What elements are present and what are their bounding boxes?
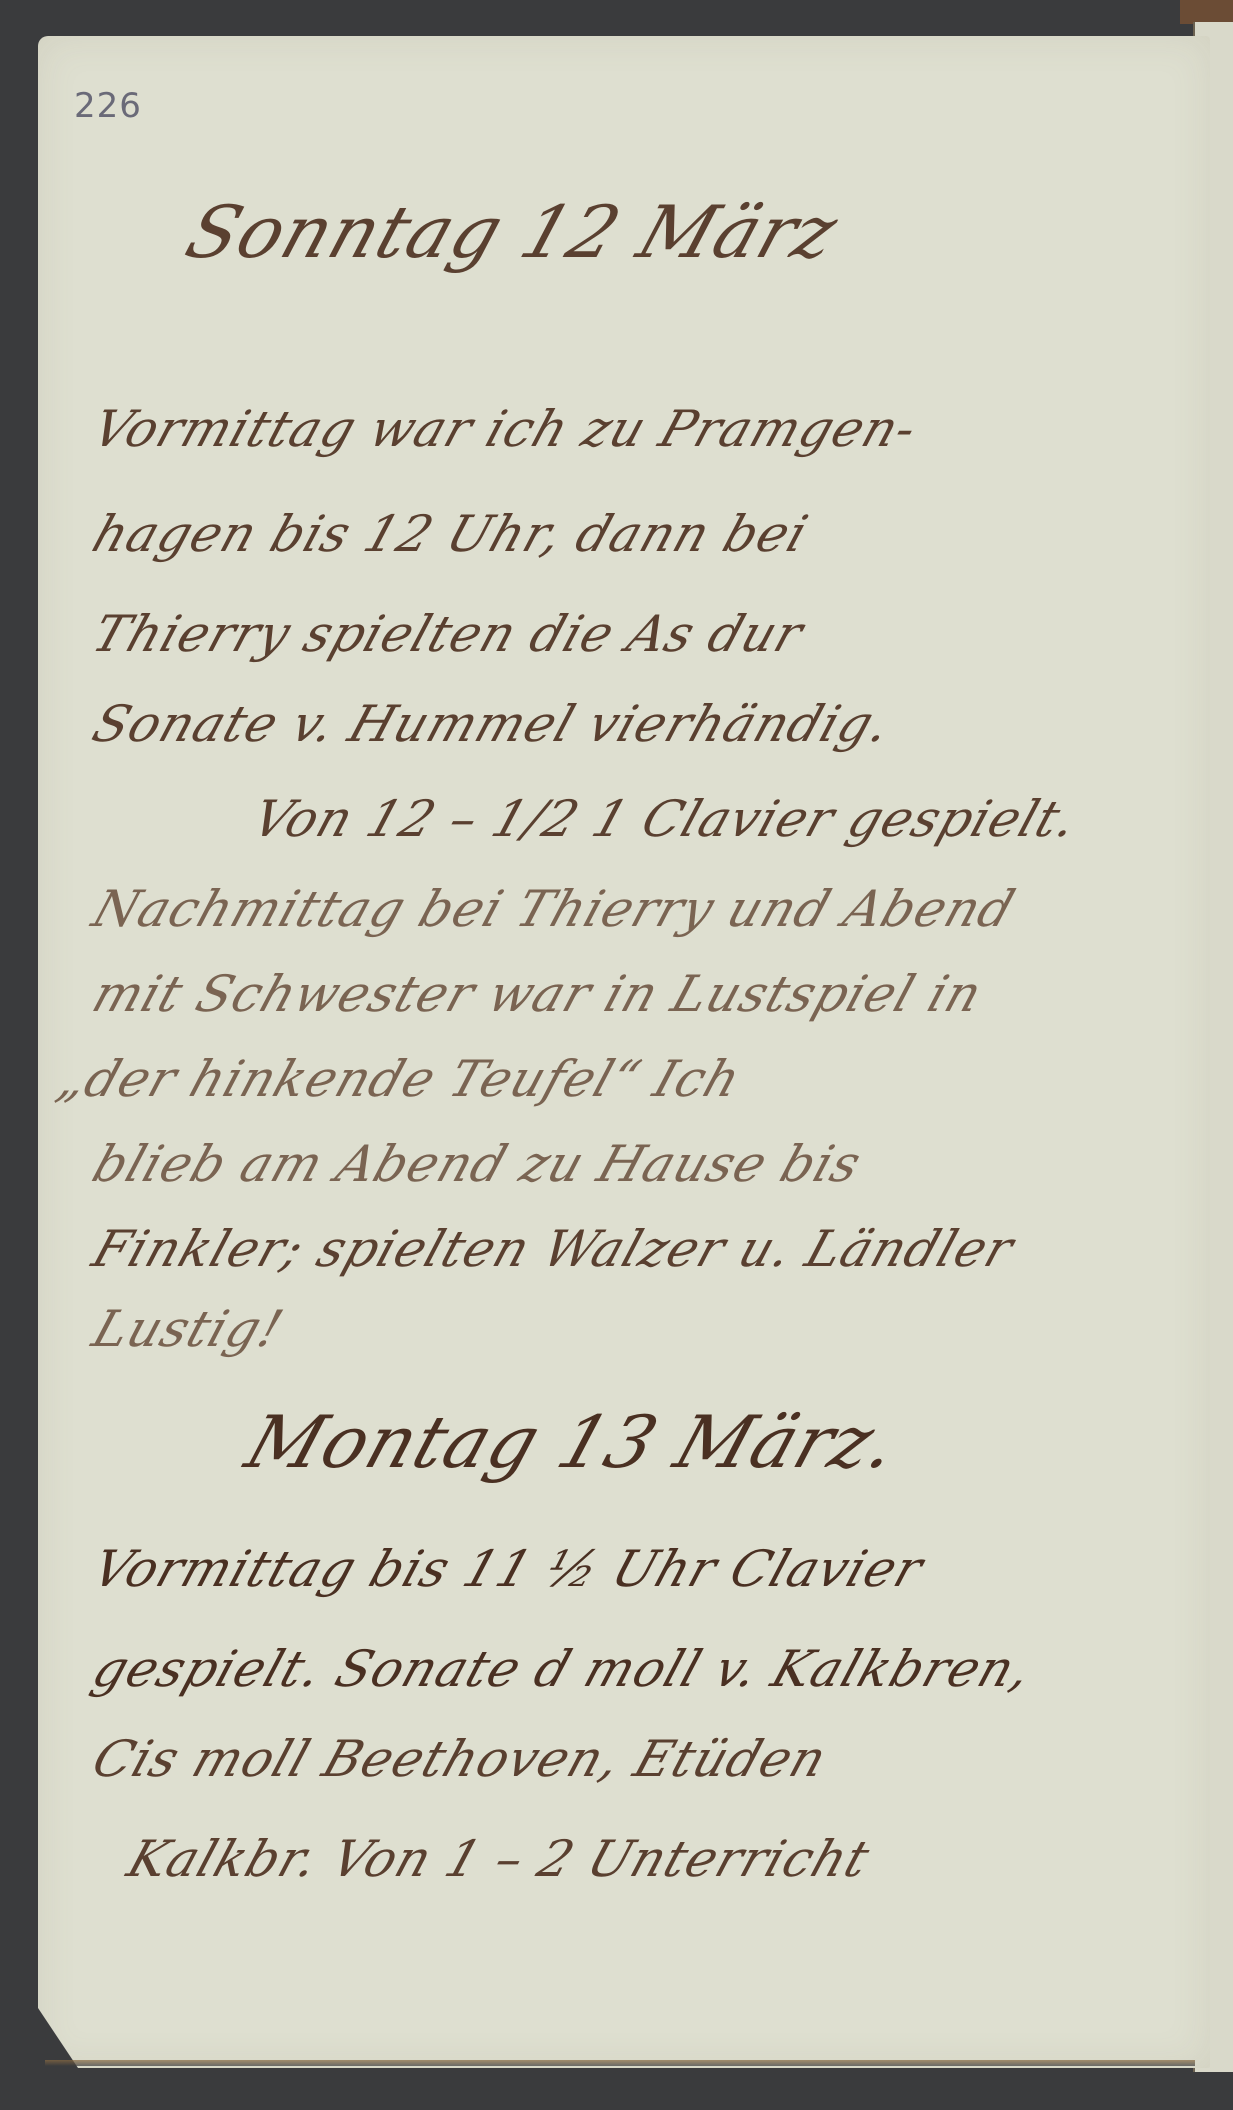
entry-line: Nachmittag bei Thierry und Abend: [86, 880, 1023, 938]
entry-line: Vormittag war ich zu Pramgen-: [86, 400, 925, 458]
entry-line: Kalkbr. Von 1 – 2 Unterricht: [121, 1830, 878, 1888]
entry-heading: Montag 13 März.: [236, 1400, 909, 1484]
entry-line: Finkler; spielten Walzer u. Ländler: [86, 1220, 1022, 1278]
entry-line: hagen bis 12 Uhr, dann bei: [86, 505, 816, 563]
page-bottom-edge: [45, 2060, 1195, 2066]
entry-line: Cis moll Beethoven, Etüden: [86, 1730, 835, 1788]
entry-line: „der hinkende Teufel“ Ich: [51, 1050, 749, 1108]
entry-line: Von 12 – 1/2 1 Clavier gespielt.: [246, 790, 1086, 848]
page-number: 226: [74, 86, 142, 126]
entry-heading: Sonntag 12 März: [176, 190, 848, 274]
entry-line: Sonate v. Hummel vierhändig.: [86, 695, 899, 753]
entry-line: Vormittag bis 11 ½ Uhr Clavier: [86, 1540, 931, 1598]
entry-line: blieb am Abend zu Hause bis: [86, 1135, 869, 1193]
entry-line: mit Schwester war in Lustspiel in: [86, 965, 990, 1023]
entry-line: Lustig!: [86, 1300, 291, 1358]
entry-line: gespielt. Sonate d moll v. Kalkbren,: [86, 1640, 1040, 1698]
adjacent-page-edge-top: [1180, 0, 1233, 24]
entry-line: Thierry spielten die As dur: [86, 605, 811, 663]
